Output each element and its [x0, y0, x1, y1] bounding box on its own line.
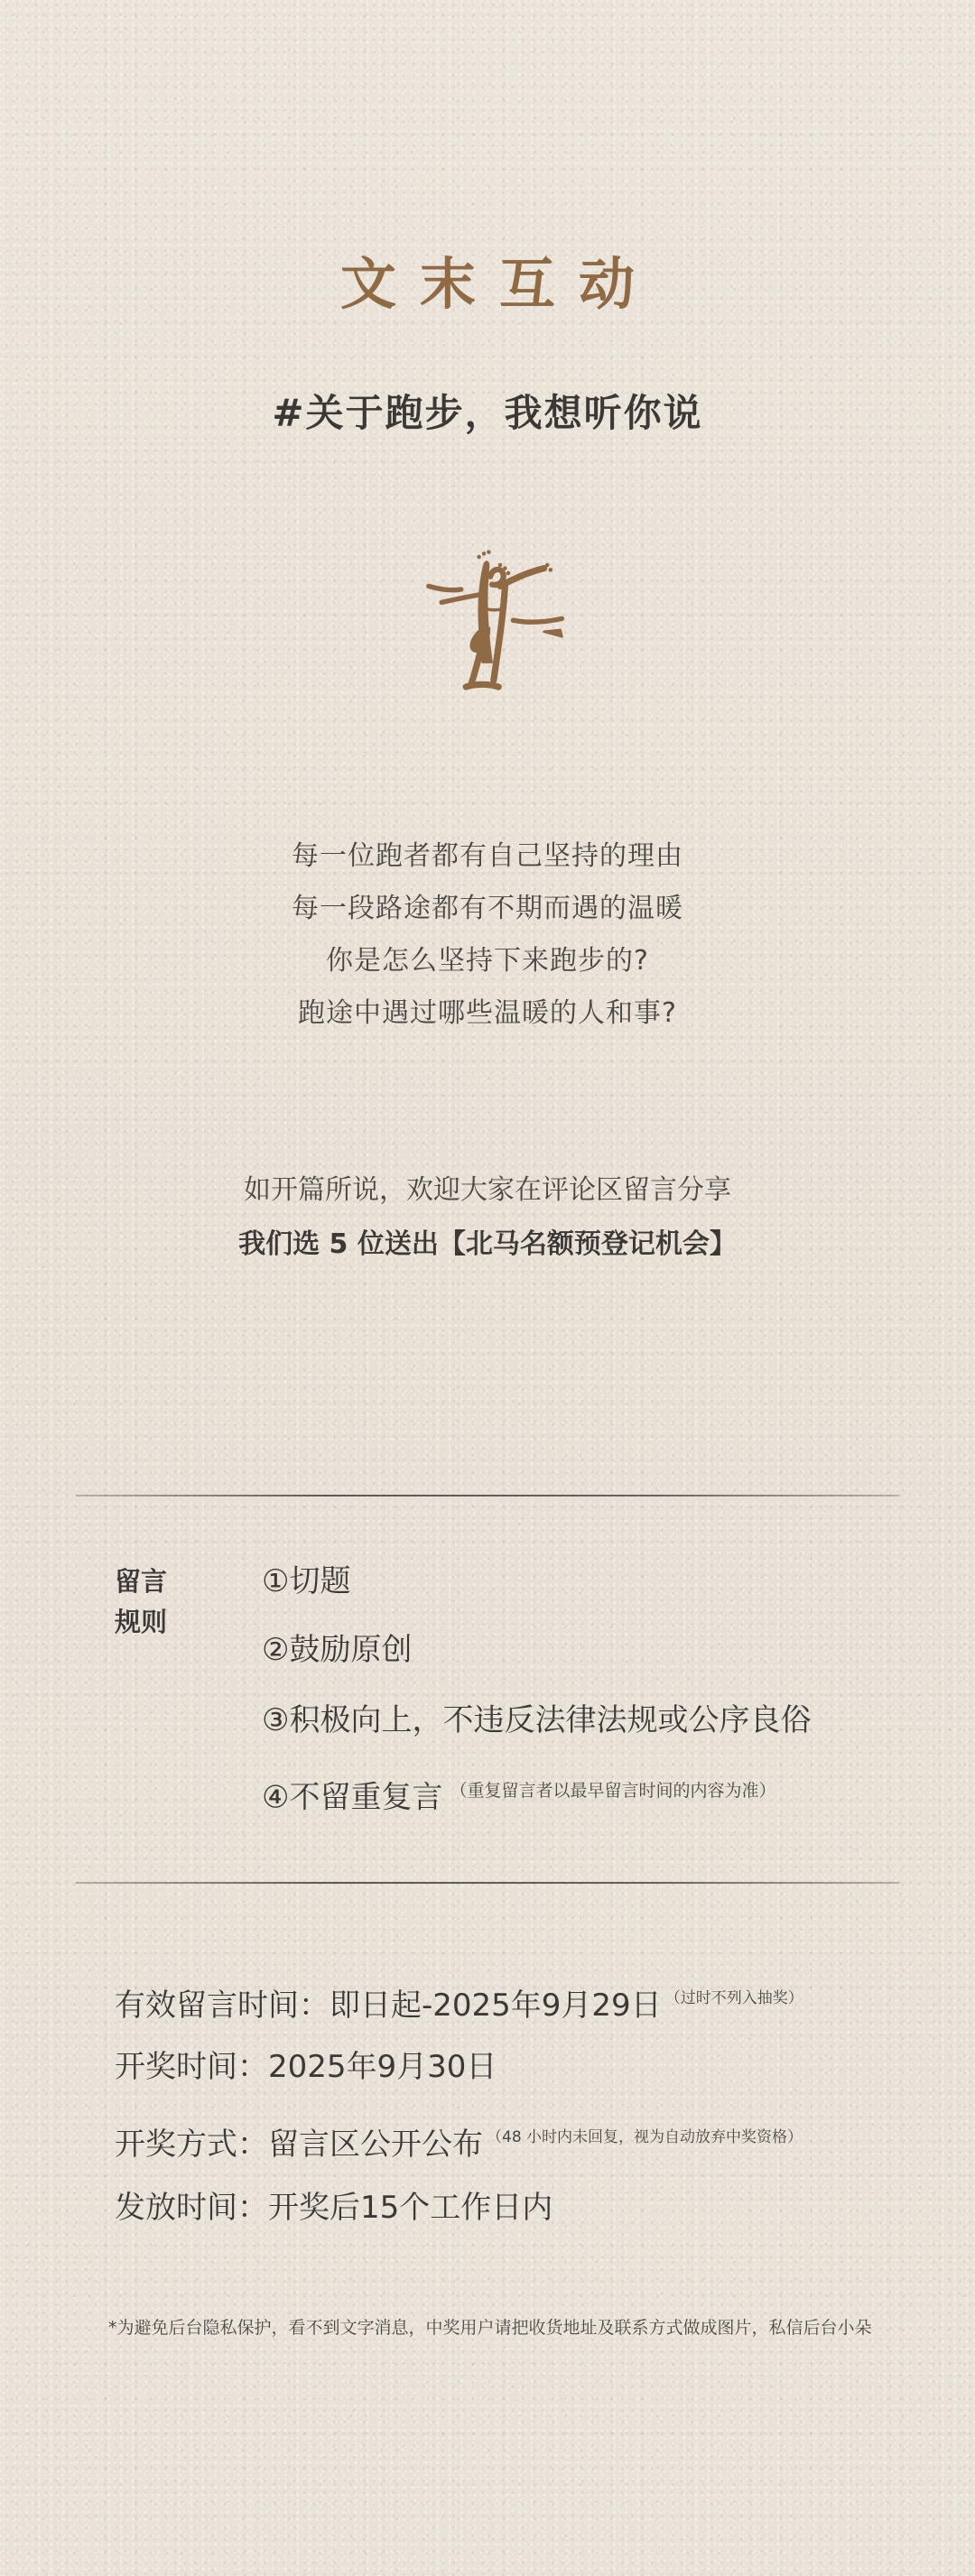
intro-line: 你是怎么坚持下来跑步的?: [0, 935, 975, 987]
info-note: （过时不列入抽奖）: [665, 1989, 803, 2007]
intro-line: 每一段路途都有不期而遇的温暖: [0, 883, 975, 935]
intro-line: 每一位跑者都有自己坚持的理由: [0, 830, 975, 883]
rule-item: ③积极向上，不违反法律法规或公序良俗: [262, 1700, 811, 1740]
privacy-footnote: *为避免后台隐私保护，看不到文字消息，中奖用户请把收货地址及联系方式做成图片，私…: [108, 2316, 872, 2340]
rule-text: ②鼓励原创: [262, 1632, 412, 1668]
rule-text: ④不留重复言: [262, 1779, 442, 1815]
rule-item: ②鼓励原创: [262, 1630, 412, 1670]
rule-note: （重复留言者以最早留言时间的内容为准）: [450, 1781, 775, 1801]
page-title: 文末互动: [0, 248, 975, 320]
section-divider: [76, 1495, 899, 1496]
rule-text: ①切题: [262, 1563, 350, 1599]
info-line-draw-date: 开奖时间：2025年9月30日: [115, 2047, 497, 2087]
rule-item: ①切题: [262, 1561, 350, 1601]
info-text: 开奖方式：留言区公开公布: [115, 2127, 483, 2163]
intro-paragraph: 每一位跑者都有自己坚持的理由 每一段路途都有不期而遇的温暖 你是怎么坚持下来跑步…: [0, 830, 975, 1040]
runner-celebrating-brush-icon: [411, 533, 573, 695]
intro-line: 跑途中遇过哪些温暖的人和事?: [0, 987, 975, 1040]
rule-text: ③积极向上，不违反法律法规或公序良俗: [262, 1702, 811, 1738]
rules-label-line: 留言: [115, 1561, 167, 1602]
rule-item: ④不留重复言（重复留言者以最早留言时间的内容为准）: [262, 1771, 776, 1817]
share-invitation: 如开篇所说，欢迎大家在评论区留言分享: [0, 1169, 975, 1212]
info-line-delivery-time: 发放时间：开奖后15个工作日内: [115, 2188, 552, 2228]
rules-label: 留言 规则: [115, 1561, 167, 1643]
info-text: 开奖时间：2025年9月30日: [115, 2049, 497, 2085]
info-text: 有效留言时间：即日起-2025年9月29日: [115, 1988, 662, 2024]
info-note: （48 小时内未回复，视为自动放弃中奖资格）: [487, 2128, 803, 2146]
topic-hashtag: #关于跑步，我想听你说: [0, 386, 975, 440]
info-text: 发放时间：开奖后15个工作日内: [115, 2190, 552, 2226]
info-line-draw-method: 开奖方式：留言区公开公布（48 小时内未回复，视为自动放弃中奖资格）: [115, 2117, 803, 2164]
section-divider: [76, 1882, 899, 1884]
rules-label-line: 规则: [115, 1602, 167, 1643]
info-line-valid-period: 有效留言时间：即日起-2025年9月29日（过时不列入抽奖）: [115, 1978, 803, 2025]
prize-announcement: 我们选 5 位送出【北马名额预登记机会】: [0, 1223, 975, 1266]
